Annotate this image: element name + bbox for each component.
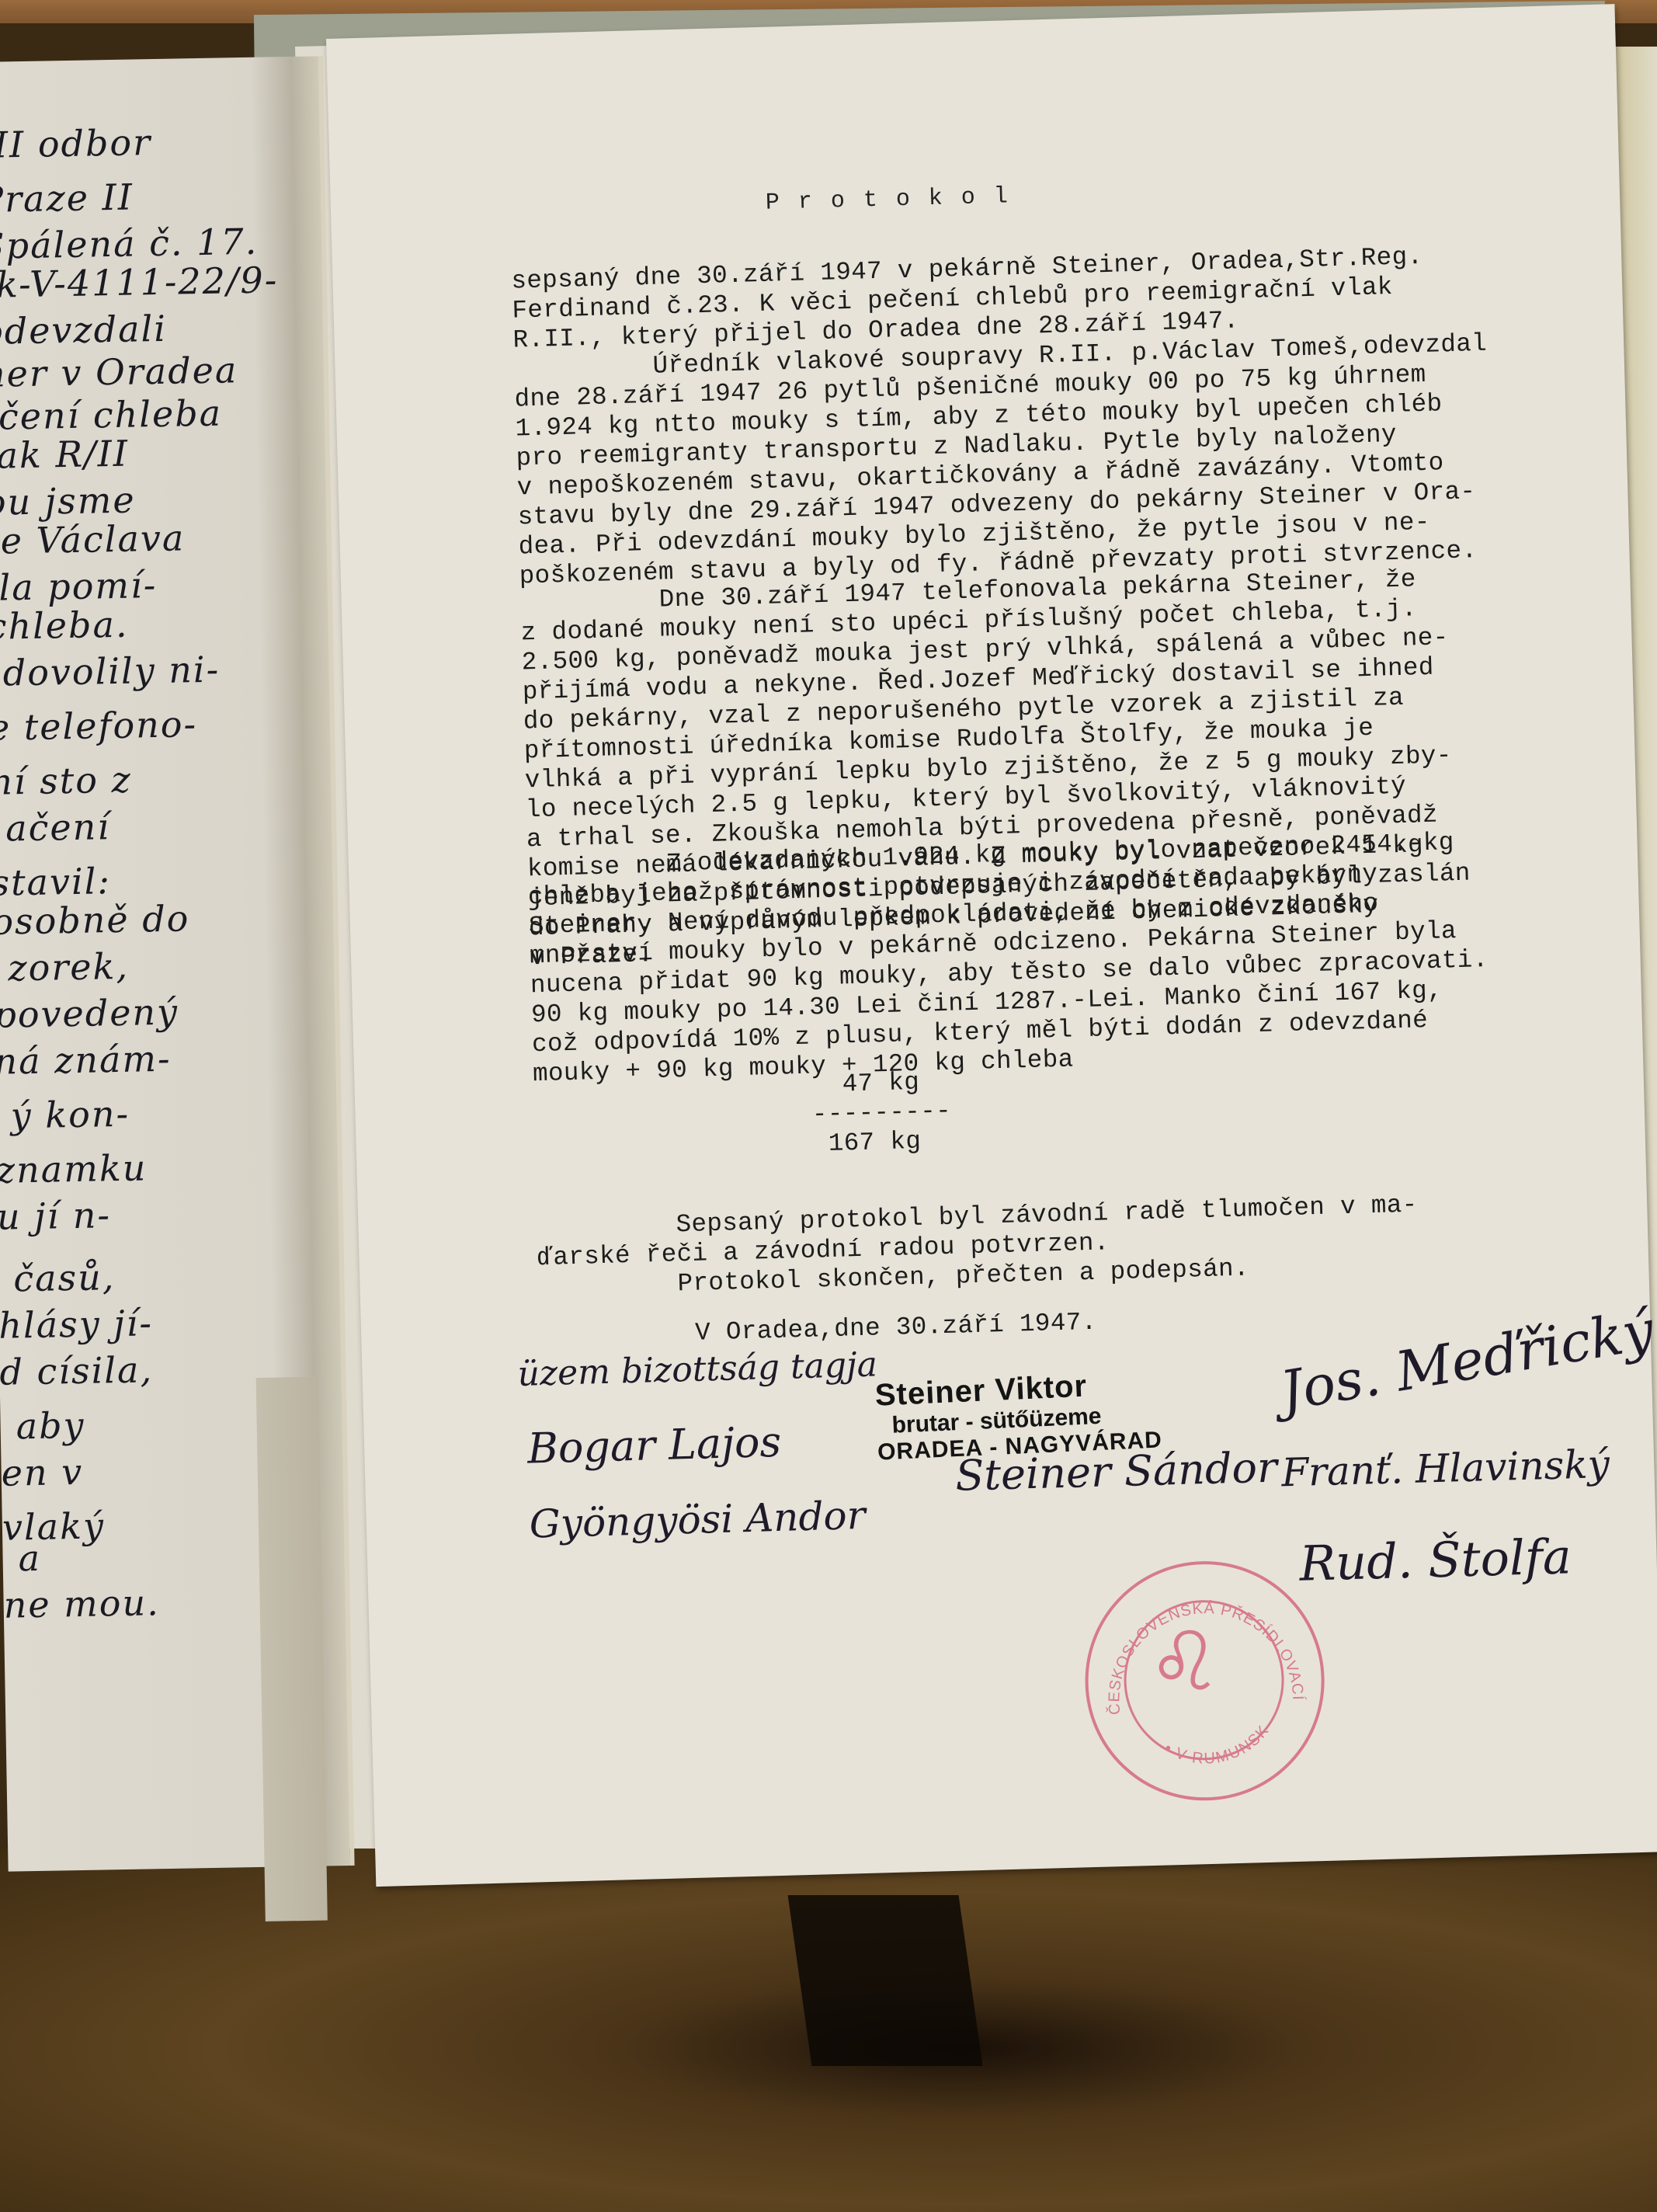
handwriting-line: aby (16, 1404, 85, 1448)
handwriting-line: povedený (0, 991, 179, 1036)
handwriting-line: ná znám- (0, 1038, 172, 1083)
official-seal: ♌ ČESKOSLOVENSKÁ PŘESÍDLOVACÍ KOMISE • V… (1082, 1558, 1327, 1803)
handwriting-line: a (18, 1537, 41, 1580)
paragraph-1: sepsaný dne 30.září 1947 v pekárně Stein… (511, 238, 1560, 591)
handwriting-line: stavil: (0, 860, 111, 904)
handwriting-line: osobně do (0, 897, 190, 942)
document-title: Protokol (765, 183, 1027, 217)
handwriting-line: chleba. (0, 603, 129, 648)
signature-left-bottom: Gyöngyösi Andor (529, 1493, 866, 1547)
handwriting-line: ner v Oradea (0, 349, 238, 395)
handwriting-line: dovolily ni- (2, 649, 220, 694)
handwriting-line: časů, (13, 1256, 116, 1299)
signature-left-top: üzem bizottság tagja (517, 1344, 878, 1394)
handwriting-line: hlásy jí- (0, 1302, 153, 1346)
handwriting-line: e telefono- (0, 703, 197, 749)
photo-scene: II odborPraze IISpálená č. 17.k-V-4111-2… (0, 0, 1657, 2212)
paragraph-3: Z odevzdaných 1.924 kg mouky bylo napeče… (526, 825, 1573, 1089)
paragraph-4: Sepsaný protokol byl závodní radě tlumoč… (537, 1186, 1579, 1303)
handwriting-line: čení chleba (0, 392, 223, 438)
fabric-shadow (788, 1895, 983, 2066)
handwriting-line: zorek, (8, 945, 130, 989)
signature-center: Steiner Sándor (954, 1443, 1277, 1501)
handwriting-line: ní sto z (0, 759, 132, 803)
handwriting-line: II odbor (0, 121, 152, 166)
handwriting-line: ačení (5, 805, 111, 849)
signature-right-mid: Franť. Hlavinský (1281, 1442, 1610, 1495)
handwriting-line: e Václava (0, 516, 185, 562)
page-fold (256, 1377, 328, 1922)
handwriting-line: Praze II (0, 176, 134, 221)
handwriting-line: u jí n- (0, 1194, 111, 1238)
signature-left-mid: Bogar Lajos (526, 1417, 782, 1473)
handwriting-line: lak R/II (0, 433, 129, 477)
handwriting-line: ý kon- (10, 1093, 130, 1137)
seal-text-ring: ČESKOSLOVENSKÁ PŘESÍDLOVACÍ KOMISE • V R… (1086, 1561, 1325, 1800)
svg-text:ČESKOSLOVENSKÁ PŘESÍDLOVACÍ KO: ČESKOSLOVENSKÁ PŘESÍDLOVACÍ KOMISE (1086, 1561, 1308, 1716)
handwriting-lines: II odborPraze IISpálená č. 17.k-V-4111-2… (0, 56, 318, 62)
typed-protocol-page: Protokol sepsaný dne 30.září 1947 v peká… (326, 4, 1657, 1887)
handwriting-line: d císila, (0, 1348, 154, 1393)
handwriting-line: en v (1, 1451, 83, 1494)
signature-right-bottom: Rud. Štolfa (1299, 1528, 1572, 1591)
handwriting-line: ne mou. (3, 1581, 160, 1626)
handwriting-line: ila pomí- (0, 564, 158, 609)
handwriting-line: odevzdali (0, 308, 167, 353)
svg-text:• V RUMUNSKU •: • V RUMUNSKU • (1086, 1561, 1274, 1771)
handwritten-page: II odborPraze IISpálená č. 17.k-V-4111-2… (0, 56, 355, 1871)
handwriting-line: k-V-4111-22/9- (0, 259, 279, 305)
handwriting-line: znamku (0, 1146, 148, 1191)
handwriting-line: ou jsme (0, 479, 136, 523)
